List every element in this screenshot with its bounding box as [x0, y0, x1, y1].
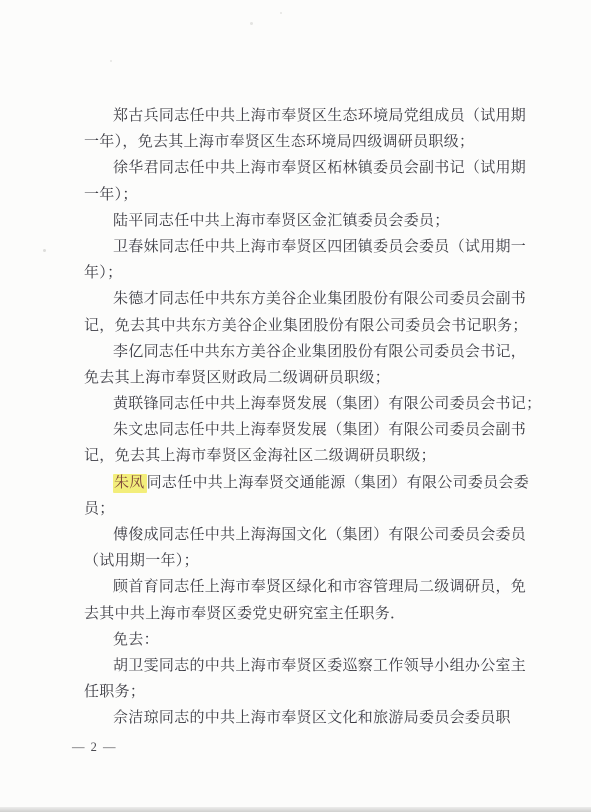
document-line: 黄联锋同志任中共上海奉贤发展（集团）有限公司委员会书记；	[84, 391, 549, 417]
scan-speck	[110, 60, 112, 62]
document-line: 顾首育同志任上海市奉贤区绿化和市容管理局二级调研员，免	[84, 574, 549, 600]
document-line: 佘洁琼同志的中共上海市奉贤区文化和旅游局委员会委员职	[84, 705, 549, 731]
document-line: 记，免去其中共东方美谷企业集团股份有限公司委员会书记职务；	[84, 313, 549, 339]
scan-speck	[250, 22, 253, 25]
document-line: 李亿同志任中共东方美谷企业集团股份有限公司委员会书记，	[84, 339, 549, 365]
document-lines: 郑古兵同志任中共上海市奉贤区生态环境局党组成员（试用期一年），免去其上海市奉贤区…	[84, 103, 549, 732]
scan-speck	[280, 12, 282, 14]
scan-speck	[43, 249, 46, 252]
document-line: 员；	[84, 496, 549, 522]
scan-bottom-edge	[0, 807, 591, 812]
document-line: 徐华君同志任中共上海市奉贤区柘林镇委员会副书记（试用期	[84, 155, 549, 181]
document-line: 去其中共上海市奉贤区委党史研究室主任职务．	[84, 601, 549, 627]
document-line: 陆平同志任中共上海市奉贤区金汇镇委员会委员；	[84, 208, 549, 234]
document-line: 免去其上海市奉贤区财政局二级调研员职级；	[84, 365, 549, 391]
document-line: 朱德才同志任中共东方美谷企业集团股份有限公司委员会副书	[84, 286, 549, 312]
highlighted-text: 朱凤	[113, 474, 147, 493]
document-line: 胡卫雯同志的中共上海市奉贤区委巡察工作领导小组办公室主	[84, 653, 549, 679]
document-line: （试用期一年）；	[84, 548, 549, 574]
document-line: 记，免去其上海市奉贤区金海社区二级调研员职级；	[84, 443, 549, 469]
document-line: 年）；	[84, 260, 549, 286]
document-line: 傅俊成同志任中共上海海国文化（集团）有限公司委员会委员	[84, 522, 549, 548]
document-line: 一年），免去其上海市奉贤区生态环境局四级调研员职级；	[84, 129, 549, 155]
document-line: 免去：	[84, 627, 549, 653]
document-line: 任职务；	[84, 679, 549, 705]
document-line: 朱文忠同志任中共上海奉贤发展（集团）有限公司委员会副书	[84, 417, 549, 443]
page-number: — 2 —	[72, 740, 117, 755]
document-line: 一年）；	[84, 182, 549, 208]
scanned-document-page: 郑古兵同志任中共上海市奉贤区生态环境局党组成员（试用期一年），免去其上海市奉贤区…	[0, 0, 591, 812]
document-line: 朱凤同志任中共上海奉贤交通能源（集团）有限公司委员会委	[84, 470, 549, 496]
document-body-text: 郑古兵同志任中共上海市奉贤区生态环境局党组成员（试用期一年），免去其上海市奉贤区…	[84, 103, 549, 732]
document-line: 郑古兵同志任中共上海市奉贤区生态环境局党组成员（试用期	[84, 103, 549, 129]
document-line: 卫春妹同志任中共上海市奉贤区四团镇委员会委员（试用期一	[84, 234, 549, 260]
